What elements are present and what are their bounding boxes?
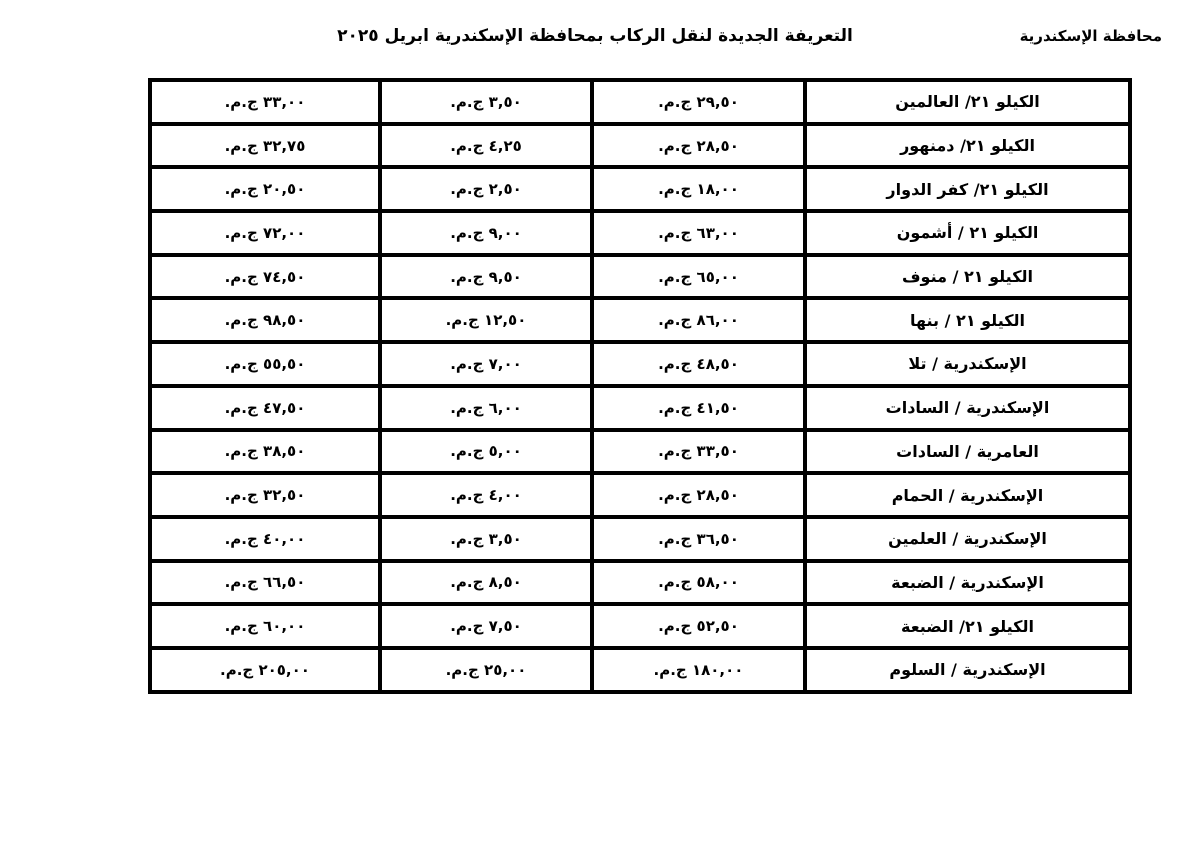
fare-cell: ٥٢,٥٠ ج.م. [592, 604, 805, 648]
increase-cell: ٥,٠٠ ج.م. [380, 430, 592, 474]
new-fare-cell: ٢٠٥,٠٠ ج.م. [150, 648, 380, 692]
fare-cell: ٢٨,٥٠ ج.م. [592, 124, 805, 168]
increase-cell: ٩,٠٠ ج.م. [380, 211, 592, 255]
table-row: الكيلو ٢١/ الضبعة٥٢,٥٠ ج.م.٧,٥٠ ج.م.٦٠,٠… [150, 604, 1130, 648]
fare-cell: ١٨٠,٠٠ ج.م. [592, 648, 805, 692]
new-fare-cell: ٣٢,٧٥ ج.م. [150, 124, 380, 168]
route-cell: الكيلو ٢١/ الضبعة [805, 604, 1130, 648]
increase-cell: ٧,٥٠ ج.م. [380, 604, 592, 648]
new-fare-cell: ٦٦,٥٠ ج.م. [150, 561, 380, 605]
fare-cell: ٣٦,٥٠ ج.م. [592, 517, 805, 561]
fare-cell: ٤٨,٥٠ ج.م. [592, 342, 805, 386]
table-row: الإسكندرية / السادات٤١,٥٠ ج.م.٦,٠٠ ج.م.٤… [150, 386, 1130, 430]
governorate-label: محافظة الإسكندرية [1020, 27, 1162, 45]
table-row: الكيلو ٢١ / منوف٦٥,٠٠ ج.م.٩,٥٠ ج.م.٧٤,٥٠… [150, 255, 1130, 299]
increase-cell: ٤,٠٠ ج.م. [380, 473, 592, 517]
route-cell: الإسكندرية / تلا [805, 342, 1130, 386]
route-cell: الكيلو ٢١/ دمنهور [805, 124, 1130, 168]
fare-cell: ٥٨,٠٠ ج.م. [592, 561, 805, 605]
table-row: الكيلو ٢١/ كفر الدوار١٨,٠٠ ج.م.٢,٥٠ ج.م.… [150, 167, 1130, 211]
new-fare-cell: ٥٥,٥٠ ج.م. [150, 342, 380, 386]
new-fare-cell: ٧٤,٥٠ ج.م. [150, 255, 380, 299]
increase-cell: ٣,٥٠ ج.م. [380, 517, 592, 561]
table-row: الإسكندرية / العلمين٣٦,٥٠ ج.م.٣,٥٠ ج.م.٤… [150, 517, 1130, 561]
document-page: محافظة الإسكندرية التعريفة الجديدة لنقل … [0, 0, 1200, 848]
new-fare-cell: ٣٨,٥٠ ج.م. [150, 430, 380, 474]
new-fare-cell: ٢٠,٥٠ ج.م. [150, 167, 380, 211]
route-cell: الإسكندرية / الحمام [805, 473, 1130, 517]
fare-cell: ٤١,٥٠ ج.م. [592, 386, 805, 430]
route-cell: الإسكندرية / السادات [805, 386, 1130, 430]
table-row: الإسكندرية / السلوم١٨٠,٠٠ ج.م.٢٥,٠٠ ج.م.… [150, 648, 1130, 692]
fare-cell: ١٨,٠٠ ج.م. [592, 167, 805, 211]
table-row: الإسكندرية / تلا٤٨,٥٠ ج.م.٧,٠٠ ج.م.٥٥,٥٠… [150, 342, 1130, 386]
increase-cell: ٦,٠٠ ج.م. [380, 386, 592, 430]
fare-cell: ٣٣,٥٠ ج.م. [592, 430, 805, 474]
new-fare-cell: ٩٨,٥٠ ج.م. [150, 298, 380, 342]
route-cell: الإسكندرية / العلمين [805, 517, 1130, 561]
increase-cell: ٢,٥٠ ج.م. [380, 167, 592, 211]
new-fare-cell: ٤٠,٠٠ ج.م. [150, 517, 380, 561]
table-row: الإسكندرية / الضبعة٥٨,٠٠ ج.م.٨,٥٠ ج.م.٦٦… [150, 561, 1130, 605]
route-cell: الإسكندرية / السلوم [805, 648, 1130, 692]
fare-table-body: الكيلو ٢١/ العالمين٢٩,٥٠ ج.م.٣,٥٠ ج.م.٣٣… [150, 80, 1130, 692]
table-row: الكيلو ٢١/ العالمين٢٩,٥٠ ج.م.٣,٥٠ ج.م.٣٣… [150, 80, 1130, 124]
increase-cell: ٨,٥٠ ج.م. [380, 561, 592, 605]
new-fare-cell: ٤٧,٥٠ ج.م. [150, 386, 380, 430]
table-row: الكيلو ٢١/ دمنهور٢٨,٥٠ ج.م.٤,٢٥ ج.م.٣٢,٧… [150, 124, 1130, 168]
route-cell: الكيلو ٢١/ العالمين [805, 80, 1130, 124]
increase-cell: ٢٥,٠٠ ج.م. [380, 648, 592, 692]
table-row: العامرية / السادات٣٣,٥٠ ج.م.٥,٠٠ ج.م.٣٨,… [150, 430, 1130, 474]
route-cell: الإسكندرية / الضبعة [805, 561, 1130, 605]
fare-cell: ٨٦,٠٠ ج.م. [592, 298, 805, 342]
new-fare-cell: ٣٣,٠٠ ج.م. [150, 80, 380, 124]
fare-cell: ٢٩,٥٠ ج.م. [592, 80, 805, 124]
increase-cell: ٧,٠٠ ج.م. [380, 342, 592, 386]
new-fare-cell: ٧٢,٠٠ ج.م. [150, 211, 380, 255]
fare-cell: ٦٥,٠٠ ج.م. [592, 255, 805, 299]
route-cell: الكيلو ٢١ / بنها [805, 298, 1130, 342]
increase-cell: ١٢,٥٠ ج.م. [380, 298, 592, 342]
route-cell: الكيلو ٢١/ كفر الدوار [805, 167, 1130, 211]
table-row: الكيلو ٢١ / بنها٨٦,٠٠ ج.م.١٢,٥٠ ج.م.٩٨,٥… [150, 298, 1130, 342]
new-fare-cell: ٣٢,٥٠ ج.م. [150, 473, 380, 517]
document-header: محافظة الإسكندرية التعريفة الجديدة لنقل … [0, 0, 1200, 78]
fare-cell: ٢٨,٥٠ ج.م. [592, 473, 805, 517]
increase-cell: ٣,٥٠ ج.م. [380, 80, 592, 124]
fare-table: الكيلو ٢١/ العالمين٢٩,٥٠ ج.م.٣,٥٠ ج.م.٣٣… [148, 78, 1132, 694]
route-cell: العامرية / السادات [805, 430, 1130, 474]
route-cell: الكيلو ٢١ / أشمون [805, 211, 1130, 255]
increase-cell: ٤,٢٥ ج.م. [380, 124, 592, 168]
route-cell: الكيلو ٢١ / منوف [805, 255, 1130, 299]
table-row: الكيلو ٢١ / أشمون٦٣,٠٠ ج.م.٩,٠٠ ج.م.٧٢,٠… [150, 211, 1130, 255]
new-fare-cell: ٦٠,٠٠ ج.م. [150, 604, 380, 648]
page-title: التعريفة الجديدة لنقل الركاب بمحافظة الإ… [337, 26, 853, 46]
table-row: الإسكندرية / الحمام٢٨,٥٠ ج.م.٤,٠٠ ج.م.٣٢… [150, 473, 1130, 517]
increase-cell: ٩,٥٠ ج.م. [380, 255, 592, 299]
fare-cell: ٦٣,٠٠ ج.م. [592, 211, 805, 255]
